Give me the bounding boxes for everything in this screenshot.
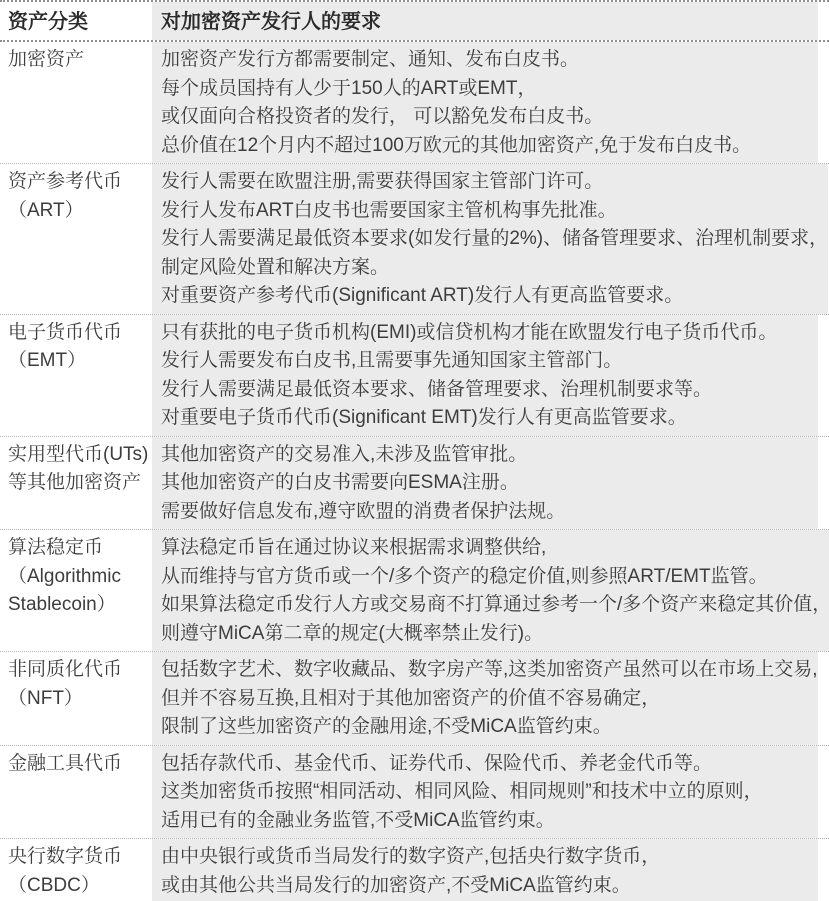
label-line: 资产参考代币 (8, 168, 152, 197)
content-line: 制定风险处置和解决方案。 (161, 254, 828, 283)
content-line: 加密资产发行方都需要制定、通知、发布白皮书。 (161, 46, 818, 75)
row-label-cell: 央行数字货币（CBDC） (0, 839, 152, 901)
content-line: 发行人发布ART白皮书也需要国家主管机构事先批准。 (161, 197, 828, 226)
label-line: 加密资产 (8, 46, 152, 75)
label-line: 算法稳定币 (8, 534, 152, 563)
content-line: 其他加密资产的白皮书需要向ESMA注册。 (161, 469, 818, 498)
content-line: 或由其他公共当局发行的加密资产,不受MiCA监管约束。 (161, 872, 818, 901)
label-line: （Algorithmic (8, 563, 152, 592)
row-content-cell: 其他加密资产的交易准入,未涉及监管审批。其他加密资产的白皮书需要向ESMA注册。… (152, 437, 818, 530)
table-row: 算法稳定币（AlgorithmicStablecoin）算法稳定币旨在通过协议来… (0, 530, 829, 652)
content-line: 只有获批的电子货币机构(EMI)或信贷机构才能在欧盟发行电子货币代币。 (161, 319, 818, 348)
mica-regulation-table: 资产分类 对加密资产发行人的要求 加密资产加密资产发行方都需要制定、通知、发布白… (0, 0, 829, 901)
row-content-cell: 由中央银行或货币当局发行的数字资产,包括央行数字货币，或由其他公共当局发行的加密… (152, 839, 818, 901)
row-content-cell: 加密资产发行方都需要制定、通知、发布白皮书。每个成员国持有人少于150人的ART… (152, 42, 818, 163)
row-content-cell: 包括数字艺术、数字收藏品、数字房产等,这类加密资产虽然可以在市场上交易,但并不容… (152, 652, 818, 745)
content-line: 则遵守MiCA第二章的规定(大概率禁止发行)。 (161, 620, 829, 649)
content-line: 从而维持与官方货币或一个/多个资产的稳定价值,则参照ART/EMT监管。 (161, 563, 829, 592)
content-line: 对重要资产参考代币(Significant ART)发行人有更高监管要求。 (161, 282, 828, 311)
table-row: 央行数字货币（CBDC）由中央银行或货币当局发行的数字资产,包括央行数字货币，或… (0, 839, 829, 901)
content-line: 对重要电子货币代币(Significant EMT)发行人有更高监管要求。 (161, 404, 818, 433)
row-label-cell: 实用型代币(UTs)等其他加密资产 (0, 437, 152, 530)
label-line: 等其他加密资产 (8, 469, 152, 498)
content-line: 发行人需要满足最低资本要求、储备管理要求、治理机制要求等。 (161, 376, 818, 405)
label-line: 央行数字货币 (8, 843, 152, 872)
content-line: 适用已有的金融业务监管,不受MiCA监管约束。 (161, 807, 818, 836)
row-label-cell: 电子货币代币（EMT） (0, 315, 152, 436)
row-label-cell: 加密资产 (0, 42, 152, 163)
label-line: 金融工具代币 (8, 750, 152, 779)
content-line: 其他加密资产的交易准入,未涉及监管审批。 (161, 441, 818, 470)
table-row: 实用型代币(UTs)等其他加密资产其他加密资产的交易准入,未涉及监管审批。其他加… (0, 437, 829, 531)
label-line: Stablecoin） (8, 591, 152, 620)
label-line: （ART） (8, 197, 152, 226)
content-line: 算法稳定币旨在通过协议来根据需求调整供给, (161, 534, 829, 563)
content-line: 每个成员国持有人少于150人的ART或EMT， (161, 75, 818, 104)
content-line: 如果算法稳定币发行人方或交易商不打算通过参考一个/多个资产来稳定其价值， (161, 591, 829, 620)
column-header-issuer-requirements: 对加密资产发行人的要求 (152, 2, 818, 40)
label-line: 非同质化代币 (8, 656, 152, 685)
table-header-row: 资产分类 对加密资产发行人的要求 (0, 2, 829, 42)
content-line: 总价值在12个月内不超过100万欧元的其他加密资产,免于发布白皮书。 (161, 132, 818, 161)
content-line: 发行人需要在欧盟注册,需要获得国家主管部门许可。 (161, 168, 828, 197)
label-line: （NFT） (8, 685, 152, 714)
row-content-cell: 算法稳定币旨在通过协议来根据需求调整供给,从而维持与官方货币或一个/多个资产的稳… (152, 530, 829, 651)
table-row: 资产参考代币（ART）发行人需要在欧盟注册,需要获得国家主管部门许可。发行人发布… (0, 164, 829, 315)
content-line: 发行人需要满足最低资本要求(如发行量的2%)、储备管理要求、治理机制要求， (161, 225, 828, 254)
table-body: 加密资产加密资产发行方都需要制定、通知、发布白皮书。每个成员国持有人少于150人… (0, 42, 829, 901)
content-line: 这类加密货币按照“相同活动、相同风险、相同规则”和技术中立的原则， (161, 778, 818, 807)
row-label-cell: 资产参考代币（ART） (0, 164, 152, 314)
row-content-cell: 包括存款代币、基金代币、证券代币、保险代币、养老金代币等。这类加密货币按照“相同… (152, 746, 818, 839)
content-line: 但并不容易互换,且相对于其他加密资产的价值不容易确定， (161, 685, 818, 714)
row-label-cell: 非同质化代币（NFT） (0, 652, 152, 745)
row-label-cell: 金融工具代币 (0, 746, 152, 839)
table-row: 电子货币代币（EMT）只有获批的电子货币机构(EMI)或信贷机构才能在欧盟发行电… (0, 315, 829, 437)
table-row: 非同质化代币（NFT）包括数字艺术、数字收藏品、数字房产等,这类加密资产虽然可以… (0, 652, 829, 746)
content-line: 或仅面向合格投资者的发行， 可以豁免发布白皮书。 (161, 103, 818, 132)
content-line: 需要做好信息发布,遵守欧盟的消费者保护法规。 (161, 498, 818, 527)
column-header-asset-category: 资产分类 (0, 2, 152, 40)
row-label-cell: 算法稳定币（AlgorithmicStablecoin） (0, 530, 152, 651)
label-line: （EMT） (8, 347, 152, 376)
table-row: 加密资产加密资产发行方都需要制定、通知、发布白皮书。每个成员国持有人少于150人… (0, 42, 829, 164)
content-line: 包括数字艺术、数字收藏品、数字房产等,这类加密资产虽然可以在市场上交易, (161, 656, 818, 685)
table-row: 金融工具代币包括存款代币、基金代币、证券代币、保险代币、养老金代币等。这类加密货… (0, 746, 829, 840)
label-line: 实用型代币(UTs) (8, 441, 152, 470)
content-line: 由中央银行或货币当局发行的数字资产,包括央行数字货币， (161, 843, 818, 872)
label-line: 电子货币代币 (8, 319, 152, 348)
row-content-cell: 发行人需要在欧盟注册,需要获得国家主管部门许可。发行人发布ART白皮书也需要国家… (152, 164, 828, 314)
label-line: （CBDC） (8, 872, 152, 901)
content-line: 限制了这些加密资产的金融用途,不受MiCA监管约束。 (161, 713, 818, 742)
content-line: 发行人需要发布白皮书,且需要事先通知国家主管部门。 (161, 347, 818, 376)
content-line: 包括存款代币、基金代币、证券代币、保险代币、养老金代币等。 (161, 750, 818, 779)
row-content-cell: 只有获批的电子货币机构(EMI)或信贷机构才能在欧盟发行电子货币代币。发行人需要… (152, 315, 818, 436)
